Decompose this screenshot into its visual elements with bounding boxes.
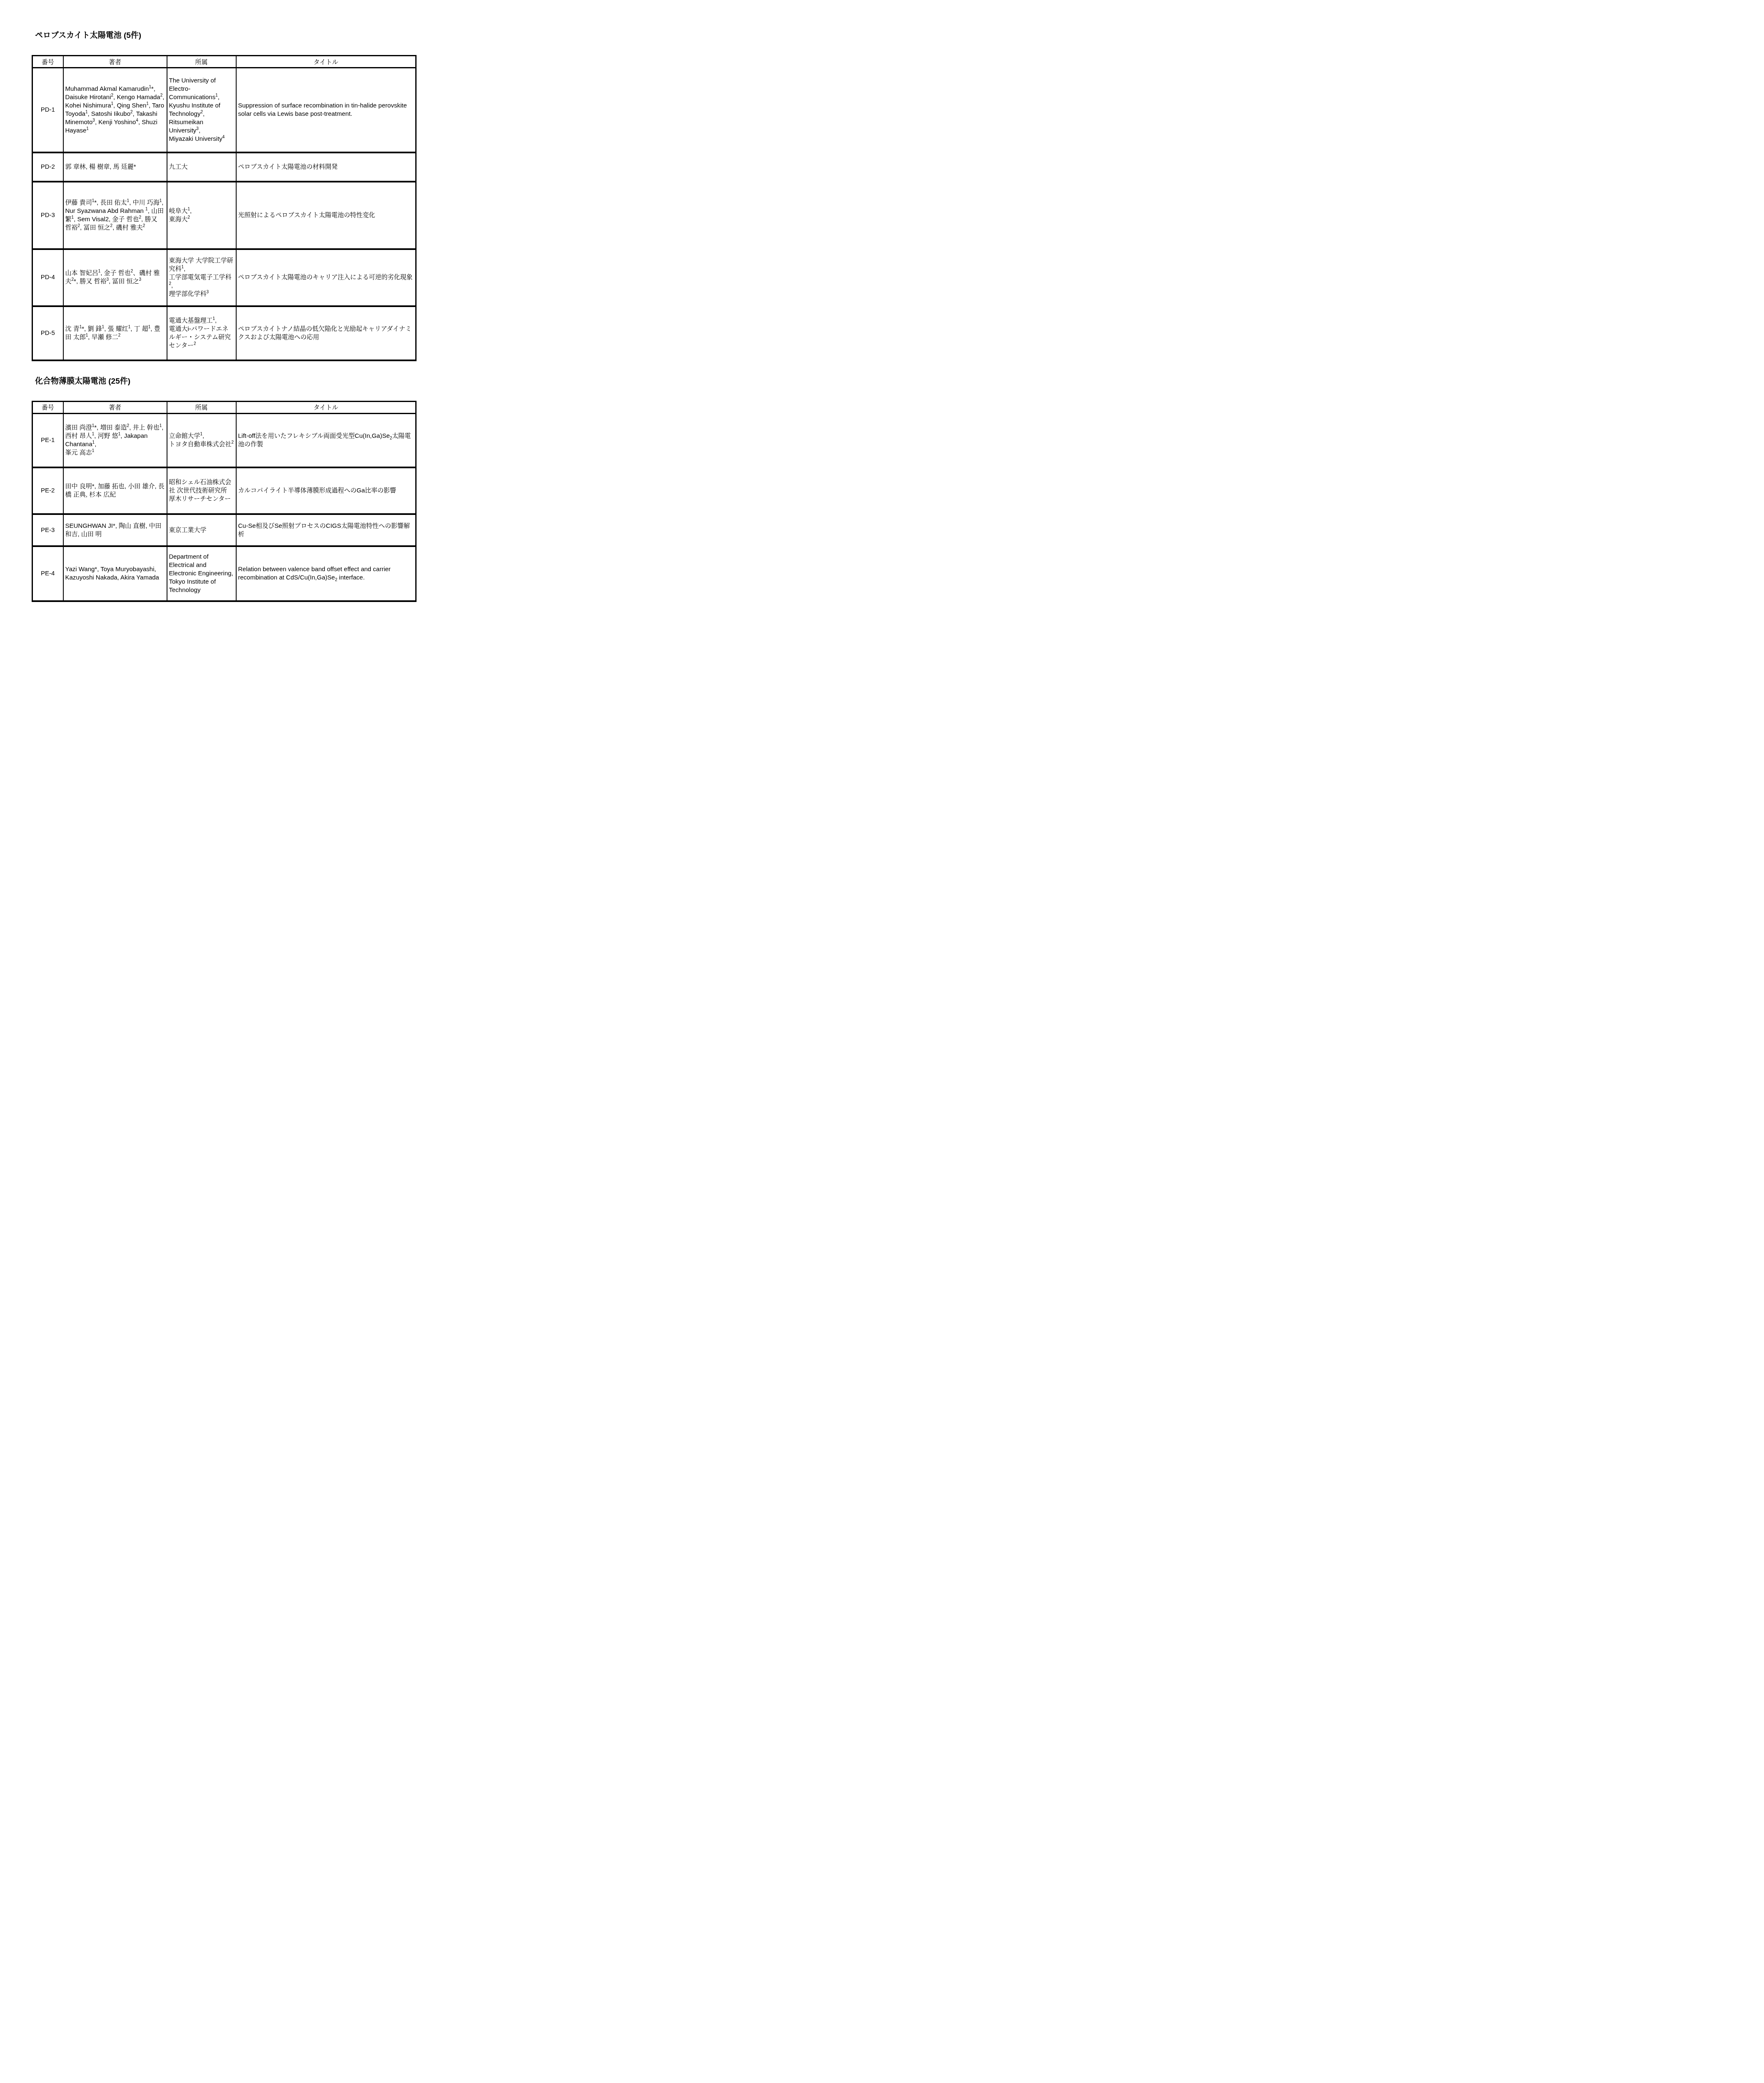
- section-perovskite: ペロブスカイト太陽電池 (5件) 番号 著者 所属 タイトル PD-1 Muha…: [32, 30, 416, 361]
- document-page: ペロブスカイト太陽電池 (5件) 番号 著者 所属 タイトル PD-1 Muha…: [0, 0, 441, 625]
- cell-affiliation: 立命館大学1,トヨタ自動車株式会社2: [167, 413, 236, 467]
- cell-affiliation: The University of Electro-Communications…: [167, 68, 236, 152]
- cell-authors: SEUNGHWAN JI*, 陶山 直樹, 中田 和吉, 山田 明: [63, 514, 167, 546]
- cell-number: PD-3: [32, 182, 63, 249]
- cell-number: PD-2: [32, 152, 63, 182]
- cell-title: Cu-Se相及びSe照射プロセスのCIGS太陽電池特性への影響解析: [236, 514, 416, 546]
- table-row-pd-1: PD-1 Muhammad Akmal Kamarudin1*, Daisuke…: [32, 68, 416, 152]
- cell-authors: Muhammad Akmal Kamarudin1*, Daisuke Hiro…: [63, 68, 167, 152]
- cell-number: PE-1: [32, 413, 63, 467]
- column-header-number: 番号: [32, 401, 63, 413]
- cell-authors: 郭 章林, 楊 樹章, 馬 廷麗*: [63, 152, 167, 182]
- cell-affiliation: 東京工業大学: [167, 514, 236, 546]
- cell-authors: 山本 智妃呂1, 金子 哲也2、磯村 雅夫2*, 勝又 哲裕3, 冨田 恒之3: [63, 249, 167, 306]
- table-row-pe-3: PE-3 SEUNGHWAN JI*, 陶山 直樹, 中田 和吉, 山田 明 東…: [32, 514, 416, 546]
- column-header-number: 番号: [32, 56, 63, 68]
- section-compound-thin-film: 化合物薄膜太陽電池 (25件) 番号 著者 所属 タイトル PE-1 濱田 尚澄…: [32, 376, 416, 602]
- cell-number: PD-1: [32, 68, 63, 152]
- cell-number: PE-2: [32, 467, 63, 514]
- cell-affiliation: 東海大学 大学院工学研究科1,工学部電気電子工学科2,理学部化学科3: [167, 249, 236, 306]
- cell-authors: 沈 青1*, 劉 鋒1, 張 耀红1, 丁 超1, 豊田 太郎1, 早瀬 修二2: [63, 306, 167, 360]
- section-title: 化合物薄膜太陽電池 (25件): [35, 376, 416, 387]
- table-row-pd-2: PD-2 郭 章林, 楊 樹章, 馬 廷麗* 九工大 ペロブスカイト太陽電池の材…: [32, 152, 416, 182]
- cell-title: Suppression of surface recombination in …: [236, 68, 416, 152]
- table-row-pd-3: PD-3 伊藤 貴司1*, 長田 佑太1, 中川 巧海1, Nur Syazwa…: [32, 182, 416, 249]
- table-row-pd-5: PD-5 沈 青1*, 劉 鋒1, 張 耀红1, 丁 超1, 豊田 太郎1, 早…: [32, 306, 416, 360]
- cell-title: 光照射によるペロブスカイト太陽電池の特性変化: [236, 182, 416, 249]
- presentation-table-perovskite: 番号 著者 所属 タイトル PD-1 Muhammad Akmal Kamaru…: [32, 55, 417, 361]
- cell-affiliation: 九工大: [167, 152, 236, 182]
- cell-title: ペロブスカイト太陽電池のキャリア注入による可逆的劣化現象: [236, 249, 416, 306]
- cell-authors: 田中 良明*, 加藤 拓也, 小田 雄介, 長橋 正典, 杉本 広紀: [63, 467, 167, 514]
- cell-authors: 伊藤 貴司1*, 長田 佑太1, 中川 巧海1, Nur Syazwana Ab…: [63, 182, 167, 249]
- column-header-title: タイトル: [236, 401, 416, 413]
- cell-affiliation: Department of Electrical and Electronic …: [167, 546, 236, 601]
- presentation-table-compound: 番号 著者 所属 タイトル PE-1 濱田 尚澄1*, 増田 泰造2, 井上 幹…: [32, 401, 417, 602]
- table-header-row: 番号 著者 所属 タイトル: [32, 56, 416, 68]
- table-row-pd-4: PD-4 山本 智妃呂1, 金子 哲也2、磯村 雅夫2*, 勝又 哲裕3, 冨田…: [32, 249, 416, 306]
- column-header-authors: 著者: [63, 56, 167, 68]
- cell-number: PD-5: [32, 306, 63, 360]
- table-row-pe-2: PE-2 田中 良明*, 加藤 拓也, 小田 雄介, 長橋 正典, 杉本 広紀 …: [32, 467, 416, 514]
- cell-affiliation: 昭和シェル石油株式会社 次世代技術研究所 厚木リサーチセンター: [167, 467, 236, 514]
- table-header-row: 番号 著者 所属 タイトル: [32, 401, 416, 413]
- column-header-affiliation: 所属: [167, 401, 236, 413]
- cell-affiliation: 電通大基盤理工1,電通大i-パワードエネルギー・システム研究センター2: [167, 306, 236, 360]
- cell-title: カルコパイライト半導体薄膜形成過程へのGa比率の影響: [236, 467, 416, 514]
- cell-authors: 濱田 尚澄1*, 増田 泰造2, 井上 幹也1, 西村 昂人1, 河野 悠1, …: [63, 413, 167, 467]
- column-header-affiliation: 所属: [167, 56, 236, 68]
- cell-number: PE-3: [32, 514, 63, 546]
- cell-title: Lift-off法を用いたフレキシブル両面受光型Cu(In,Ga)Se2太陽電池…: [236, 413, 416, 467]
- table-row-pe-4: PE-4 Yazi Wang*, Toya Muryobayashi, Kazu…: [32, 546, 416, 601]
- column-header-authors: 著者: [63, 401, 167, 413]
- table-row-pe-1: PE-1 濱田 尚澄1*, 増田 泰造2, 井上 幹也1, 西村 昂人1, 河野…: [32, 413, 416, 467]
- cell-number: PE-4: [32, 546, 63, 601]
- column-header-title: タイトル: [236, 56, 416, 68]
- cell-authors: Yazi Wang*, Toya Muryobayashi, Kazuyoshi…: [63, 546, 167, 601]
- cell-title: Relation between valence band offset eff…: [236, 546, 416, 601]
- cell-affiliation: 岐阜大1,東海大2: [167, 182, 236, 249]
- cell-number: PD-4: [32, 249, 63, 306]
- section-title: ペロブスカイト太陽電池 (5件): [35, 30, 416, 41]
- cell-title: ペロブスカイト太陽電池の材料開発: [236, 152, 416, 182]
- cell-title: ペロブスカイトナノ結晶の低欠陥化と光励起キャリアダイナミクスおよび太陽電池への応…: [236, 306, 416, 360]
